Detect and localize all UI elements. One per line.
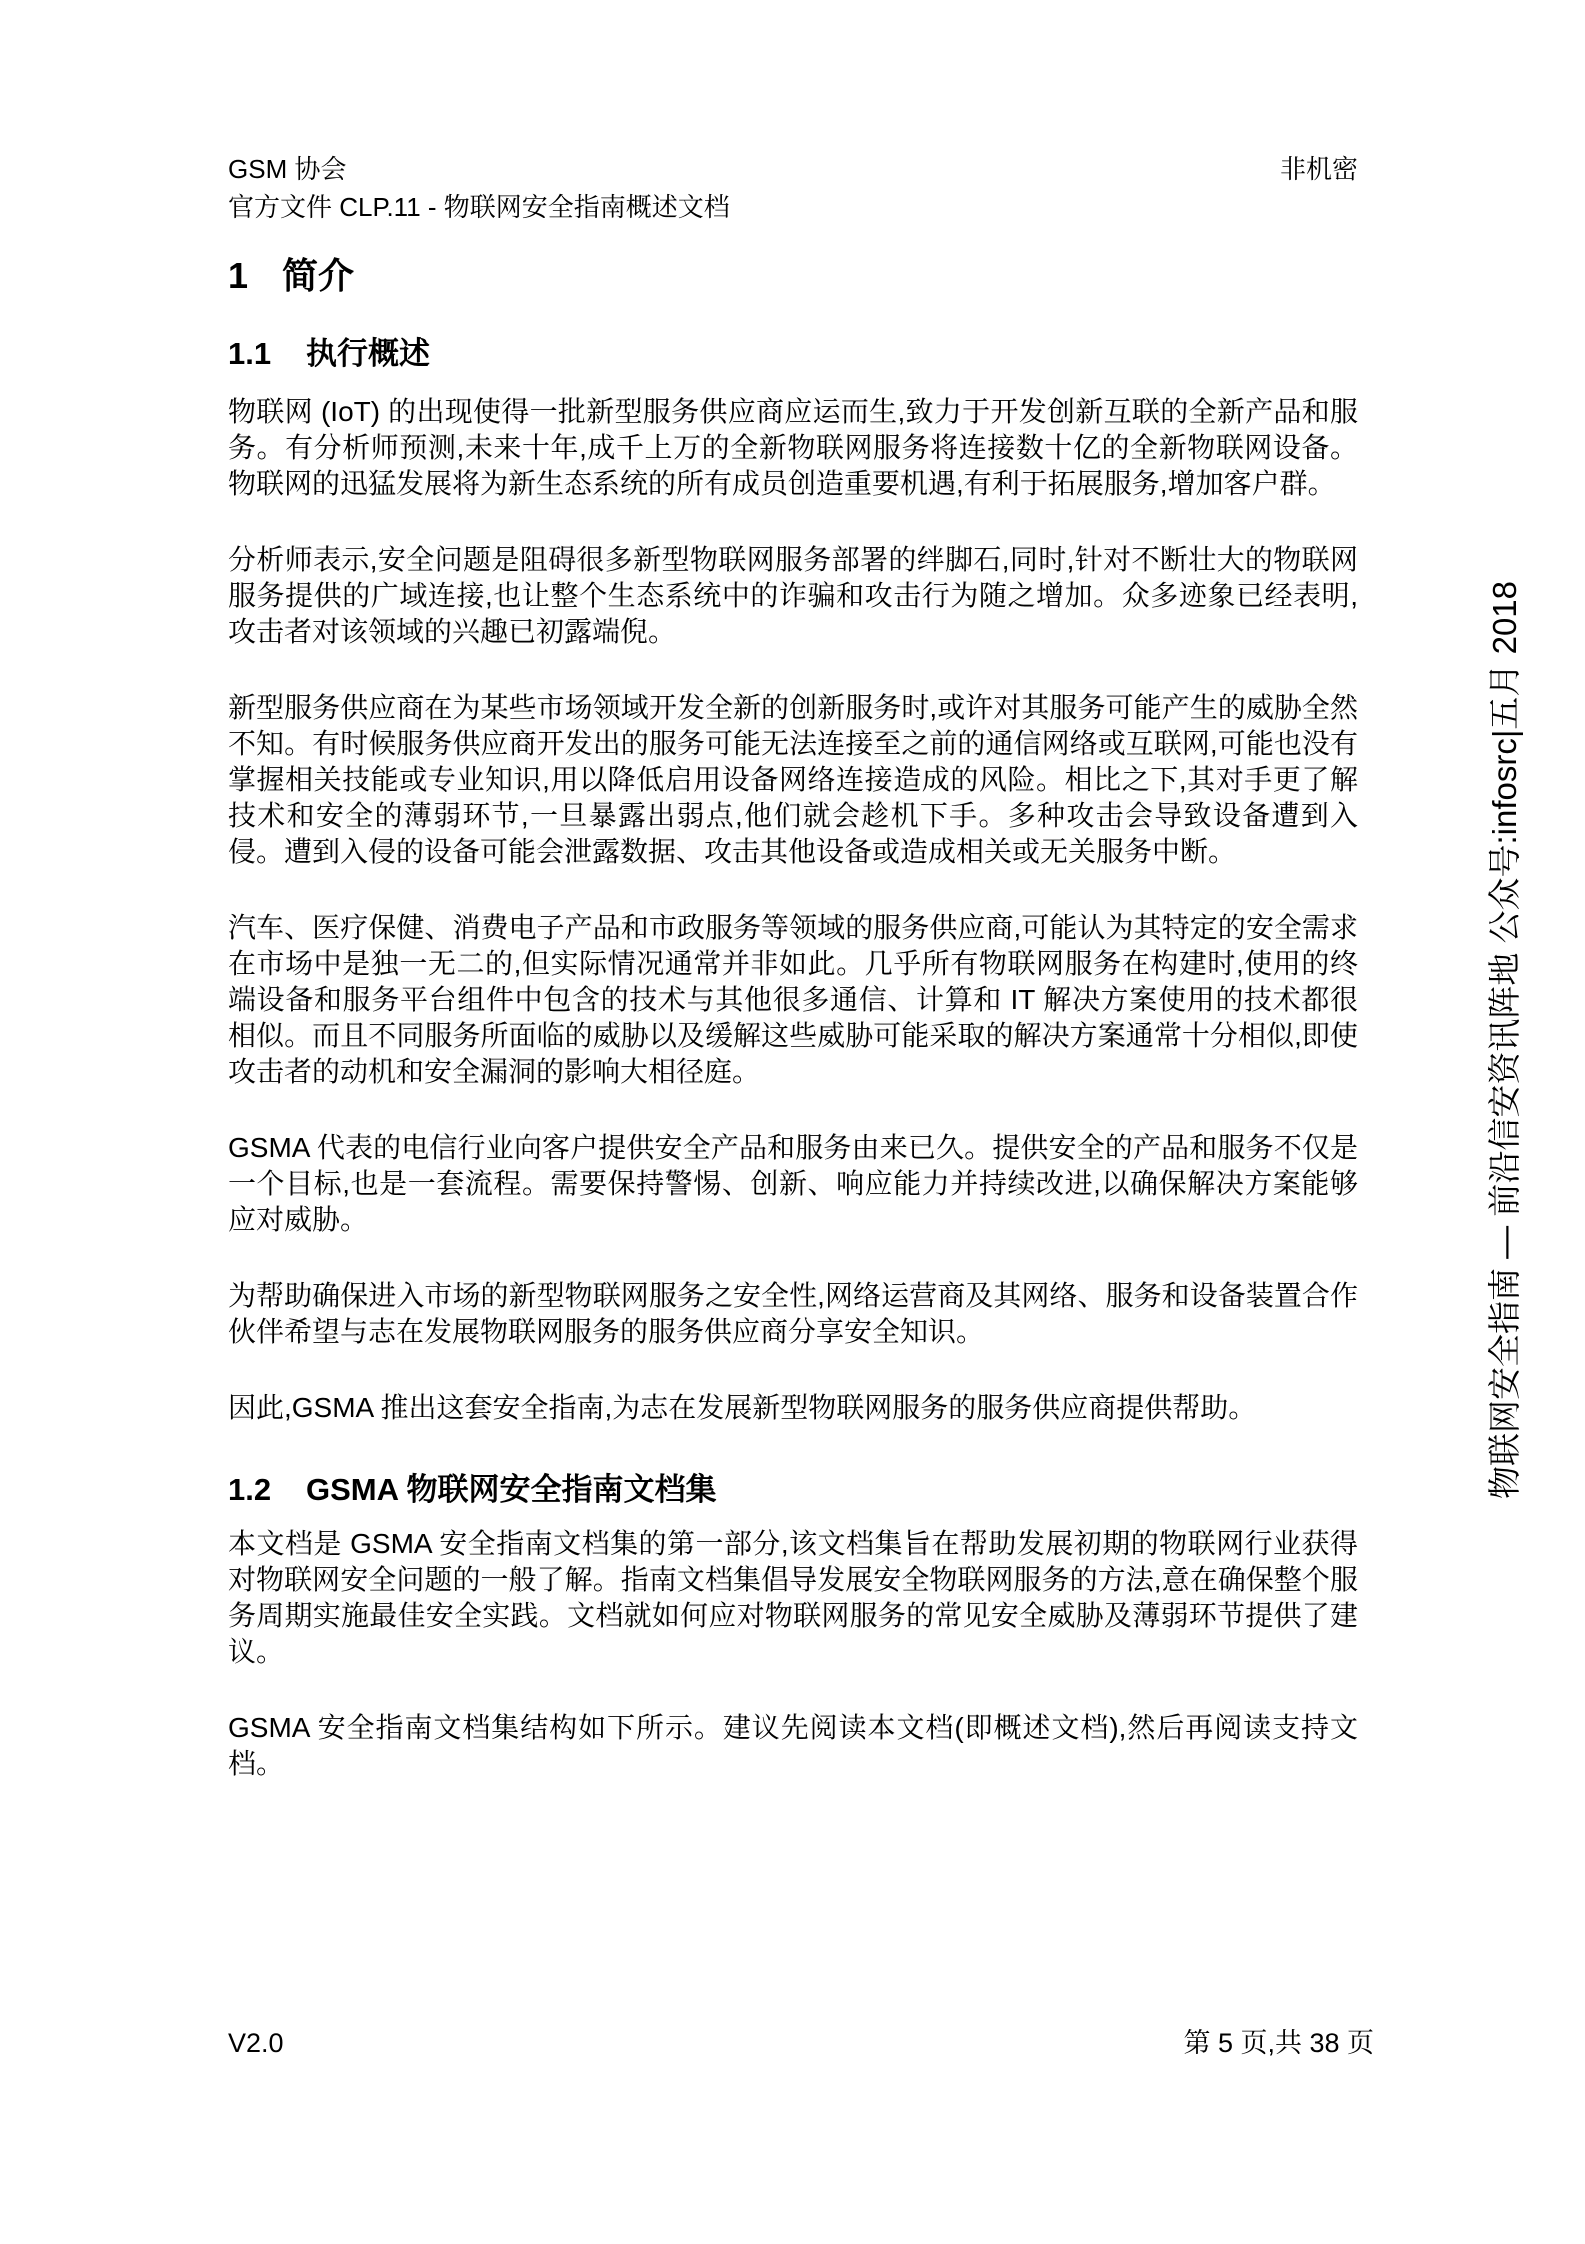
- section-heading-1-2: 1.2 GSMA 物联网安全指南文档集: [228, 1470, 1358, 1510]
- header-row: GSM 协会 非机密: [228, 150, 1358, 188]
- org-name: GSM 协会: [228, 150, 346, 188]
- heading-title: GSMA 物联网安全指南文档集: [306, 1470, 716, 1510]
- paragraph: 本文档是 GSMA 安全指南文档集的第一部分,该文档集旨在帮助发展初期的物联网行…: [228, 1526, 1358, 1670]
- paragraph: 新型服务供应商在为某些市场领域开发全新的创新服务时,或许对其服务可能产生的威胁全…: [228, 690, 1358, 870]
- version-label: V2.0: [228, 2026, 284, 2060]
- heading-title: 简介: [282, 254, 354, 298]
- page-number-label: 第 5 页,共 38 页: [1183, 2026, 1374, 2060]
- paragraph: GSMA 代表的电信行业向客户提供安全产品和服务由来已久。提供安全的产品和服务不…: [228, 1130, 1358, 1238]
- paragraph: 因此,GSMA 推出这套安全指南,为志在发展新型物联网服务的服务供应商提供帮助。: [228, 1390, 1358, 1426]
- side-watermark-caption: 物联网安全指南 — 前沿信安资讯阵地 公众号:infosrc|五月 2018: [1485, 560, 1525, 1520]
- paragraph: 分析师表示,安全问题是阻碍很多新型物联网服务部署的绊脚石,同时,针对不断壮大的物…: [228, 542, 1358, 650]
- heading-number: 1.2: [228, 1470, 306, 1510]
- page-footer: V2.0 第 5 页,共 38 页: [228, 2026, 1374, 2060]
- section-heading-1: 1 简介: [228, 254, 354, 298]
- paragraph: 为帮助确保进入市场的新型物联网服务之安全性,网络运营商及其网络、服务和设备装置合…: [228, 1278, 1358, 1350]
- heading-number: 1.1: [228, 334, 306, 374]
- classification-label: 非机密: [1280, 150, 1358, 188]
- paragraph: 汽车、医疗保健、消费电子产品和市政服务等领域的服务供应商,可能认为其特定的安全需…: [228, 910, 1358, 1090]
- document-page: GSM 协会 非机密 官方文件 CLP.11 - 物联网安全指南概述文档 1 简…: [0, 0, 1585, 2244]
- heading-title: 执行概述: [306, 334, 430, 374]
- document-body: 1.1 执行概述 物联网 (IoT) 的出现使得一批新型服务供应商应运而生,致力…: [228, 334, 1358, 1782]
- section-heading-1-1: 1.1 执行概述: [228, 334, 1358, 374]
- paragraph: 物联网 (IoT) 的出现使得一批新型服务供应商应运而生,致力于开发创新互联的全…: [228, 394, 1358, 502]
- page-header: GSM 协会 非机密 官方文件 CLP.11 - 物联网安全指南概述文档: [228, 150, 1358, 226]
- heading-number: 1: [228, 254, 282, 298]
- paragraph: GSMA 安全指南文档集结构如下所示。建议先阅读本文档(即概述文档),然后再阅读…: [228, 1710, 1358, 1782]
- doc-title-line: 官方文件 CLP.11 - 物联网安全指南概述文档: [228, 188, 1358, 226]
